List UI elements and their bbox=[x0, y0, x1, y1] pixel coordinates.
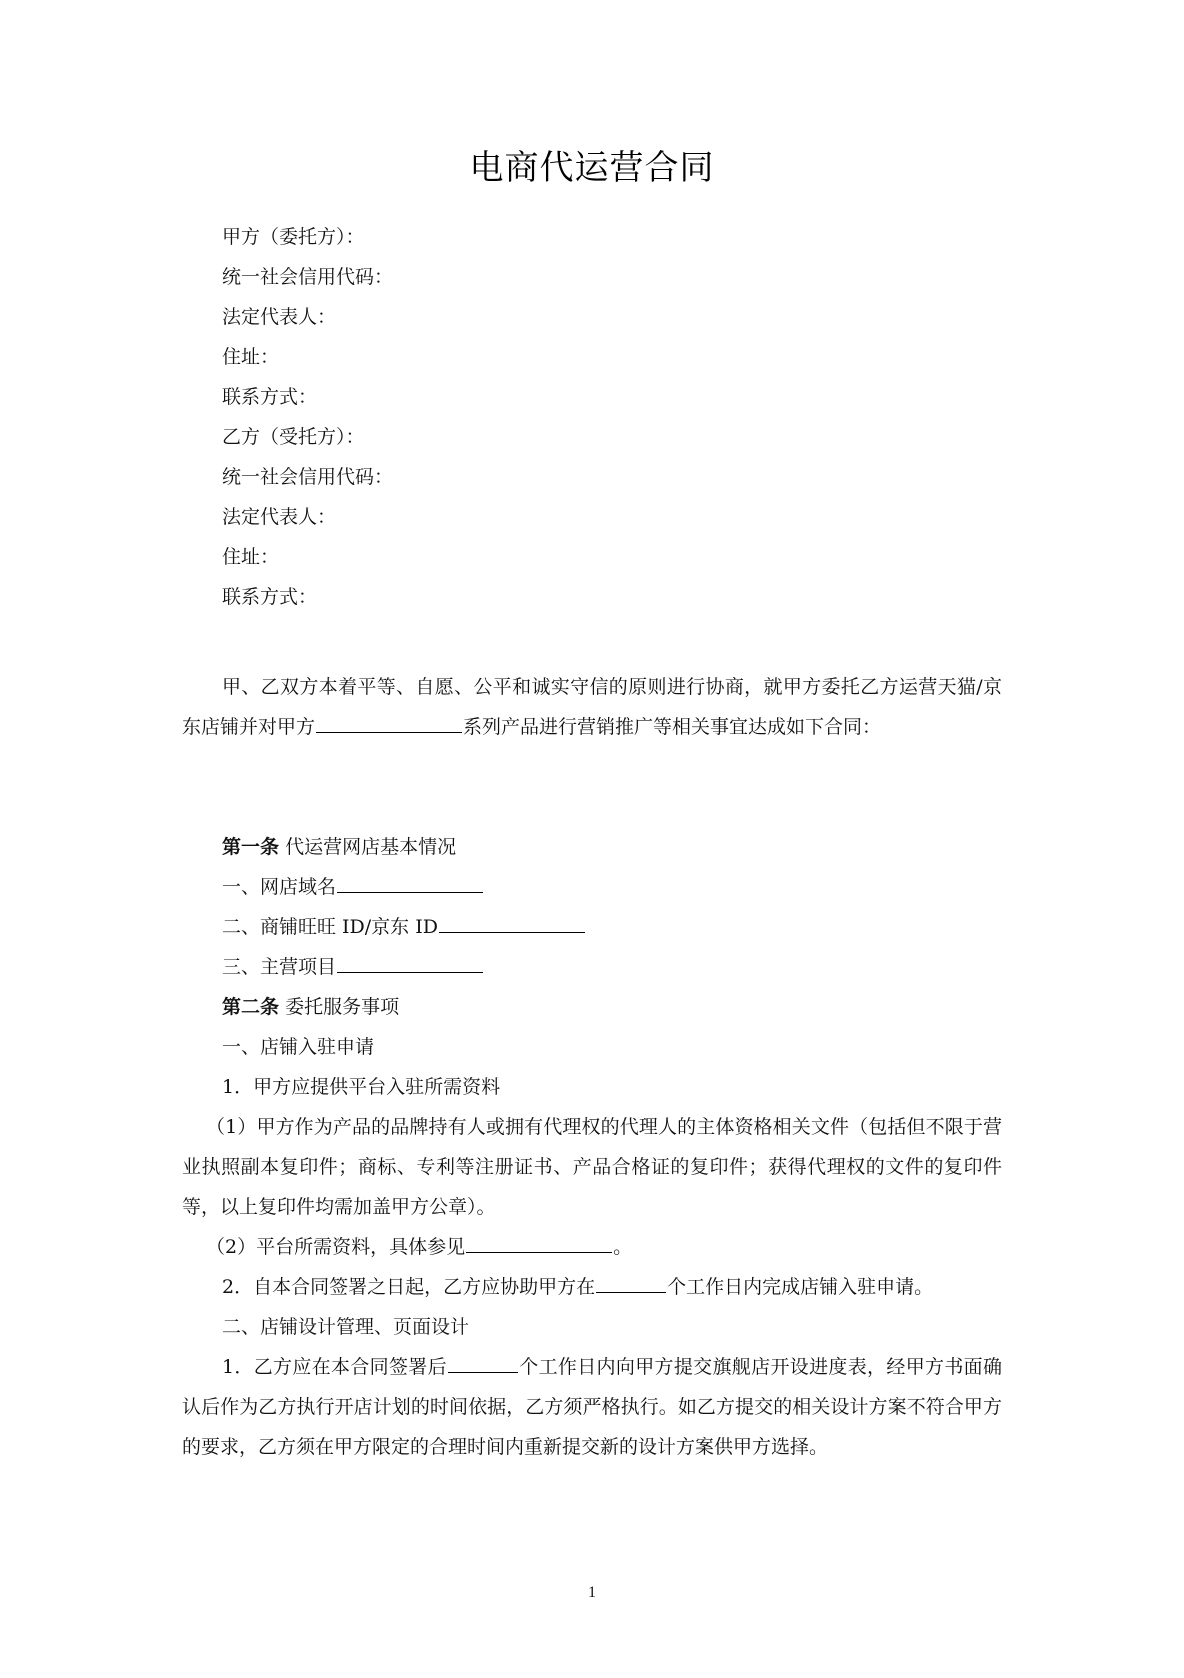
preamble-block: 甲、乙双方本着平等、自愿、公平和诚实守信的原则进行协商，就甲方委托乙方运营天猫/… bbox=[182, 667, 1002, 747]
sub-2-end: 。 bbox=[613, 1236, 632, 1258]
item-1-sub-2: （2）平台所需资料，具体参见。 bbox=[182, 1227, 1002, 1267]
party-a-credit-code: 统一社会信用代码： bbox=[182, 257, 1002, 297]
sub-2-text: （2）平台所需资料，具体参见 bbox=[206, 1236, 465, 1258]
section-2-item-1: 1．乙方应在本合同签署后个工作日内向甲方提交旗舰店开设进度表，经甲方书面确认后作… bbox=[182, 1347, 1002, 1467]
article-1-title: 代运营网店基本情况 bbox=[285, 836, 456, 858]
platform-materials-blank[interactable] bbox=[466, 1230, 612, 1253]
party-a-legal-rep: 法定代表人： bbox=[182, 297, 1002, 337]
section-2-title: 二、店铺设计管理、页面设计 bbox=[182, 1307, 1002, 1347]
article-1-heading: 第一条 代运营网店基本情况 bbox=[182, 827, 1002, 867]
product-series-blank[interactable] bbox=[316, 710, 462, 733]
workdays-blank-1[interactable] bbox=[596, 1270, 666, 1293]
party-a-heading: 甲方（委托方）： bbox=[182, 217, 1002, 257]
party-b-address: 住址： bbox=[182, 537, 1002, 577]
party-a-contact: 联系方式： bbox=[182, 377, 1002, 417]
item-2: 2．自本合同签署之日起，乙方应协助甲方在个工作日内完成店铺入驻申请。 bbox=[182, 1267, 1002, 1307]
article-2-heading: 第二条 委托服务事项 bbox=[182, 987, 1002, 1027]
party-b-heading: 乙方（受托方）： bbox=[182, 417, 1002, 457]
item-2-text: 2．自本合同签署之日起，乙方应协助甲方在 bbox=[222, 1276, 595, 1298]
article-1-item-main-business: 三、主营项目 bbox=[182, 947, 1002, 987]
party-b-contact: 联系方式： bbox=[182, 577, 1002, 617]
item-1-sub-1: （1）甲方作为产品的品牌持有人或拥有代理权的代理人的主体资格相关文件（包括但不限… bbox=[182, 1107, 1002, 1227]
article-1-item-domain: 一、网店域名 bbox=[182, 867, 1002, 907]
party-a-address: 住址： bbox=[182, 337, 1002, 377]
document-page: 电商代运营合同 甲方（委托方）： 统一社会信用代码： 法定代表人： 住址： 联系… bbox=[0, 0, 1184, 1678]
item-label: 三、主营项目 bbox=[222, 956, 336, 978]
article-1-item-shop-id: 二、商铺旺旺 ID/京东 ID bbox=[182, 907, 1002, 947]
shop-id-blank[interactable] bbox=[439, 910, 585, 933]
page-number: 1 bbox=[0, 1584, 1184, 1602]
item-label: 二、商铺旺旺 ID/京东 ID bbox=[222, 916, 438, 938]
preamble-text-2: 系列产品进行营销推广等相关事宜达成如下合同： bbox=[463, 716, 881, 738]
item-2-end: 个工作日内完成店铺入驻申请。 bbox=[667, 1276, 933, 1298]
party-b-credit-code: 统一社会信用代码： bbox=[182, 457, 1002, 497]
article-2-label: 第二条 bbox=[222, 996, 279, 1018]
article-2-title: 委托服务事项 bbox=[285, 996, 399, 1018]
article-1-label: 第一条 bbox=[222, 836, 279, 858]
domain-blank[interactable] bbox=[337, 870, 483, 893]
item-1-title: 1．甲方应提供平台入驻所需资料 bbox=[182, 1067, 1002, 1107]
party-a-block: 甲方（委托方）： 统一社会信用代码： 法定代表人： 住址： 联系方式： 乙方（受… bbox=[182, 217, 1002, 617]
article-1-block: 第一条 代运营网店基本情况 一、网店域名 二、商铺旺旺 ID/京东 ID 三、主… bbox=[182, 827, 1002, 1467]
preamble-paragraph: 甲、乙双方本着平等、自愿、公平和诚实守信的原则进行协商，就甲方委托乙方运营天猫/… bbox=[182, 667, 1002, 747]
document-title: 电商代运营合同 bbox=[0, 140, 1184, 189]
workdays-blank-2[interactable] bbox=[448, 1350, 518, 1373]
section-1-title: 一、店铺入驻申请 bbox=[182, 1027, 1002, 1067]
party-b-legal-rep: 法定代表人： bbox=[182, 497, 1002, 537]
item-label: 一、网店域名 bbox=[222, 876, 336, 898]
s2-item-1-text: 1．乙方应在本合同签署后 bbox=[222, 1356, 447, 1378]
main-business-blank[interactable] bbox=[337, 950, 483, 973]
